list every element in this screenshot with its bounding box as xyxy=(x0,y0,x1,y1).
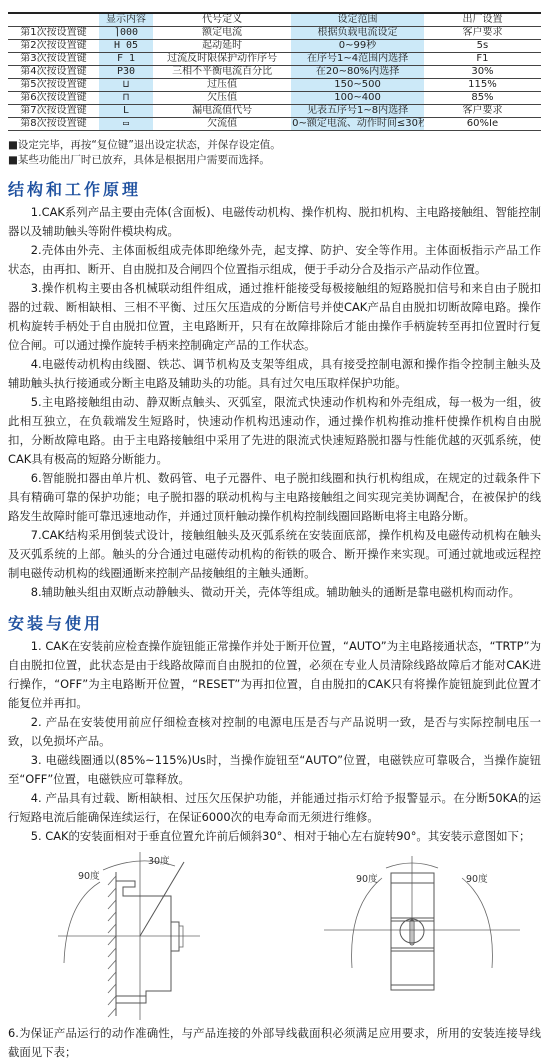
paragraph: 3.操作机构主要由各机械联动组件组成，通过推杆能接受每极接触组的短路脱扣信号和来… xyxy=(8,279,541,355)
paragraph: 5. CAK的安装面相对于垂直位置允许前后倾斜30°、相对于轴心左右旋转90°。… xyxy=(8,827,541,846)
column-header-key xyxy=(8,13,99,27)
cell-display: H 05 xyxy=(99,40,153,53)
angle-label-30: 30度 xyxy=(148,855,170,867)
paragraph: 1. CAK在安装前应检查操作旋钮能正常操作并处于断开位置，“AUTO”为主电路… xyxy=(8,637,541,713)
cell-definition: 漏电流值代号 xyxy=(153,105,291,118)
cell-range: 100~400 xyxy=(291,92,424,105)
cell-key: 第6次按设置键 xyxy=(8,92,99,105)
cell-definition: 三相不平衡电流百分比 xyxy=(153,66,291,79)
cell-factory: 30% xyxy=(424,66,541,79)
column-header-range: 设定范围 xyxy=(291,13,424,27)
cell-range: 0~99秒 xyxy=(291,40,424,53)
cell-definition: 欠压值 xyxy=(153,92,291,105)
cell-display: P30 xyxy=(99,66,153,79)
cell-display: L xyxy=(99,105,153,118)
cell-factory: 客户要求 xyxy=(424,27,541,40)
cell-range: 根据负载电流设定 xyxy=(291,27,424,40)
paragraph: 3. 电磁线圈通以(85%~115%)Us时，当操作旋钮至“AUTO”位置，电磁… xyxy=(8,751,541,789)
cell-key: 第8次按设置键 xyxy=(8,118,99,131)
cell-display: ▭ xyxy=(99,118,153,131)
cell-definition: 过压值 xyxy=(153,79,291,92)
angle-label-90-right: 90度 xyxy=(466,873,488,885)
cell-definition: 过流反时限保护动作序号 xyxy=(153,53,291,66)
cell-display: ⊓ xyxy=(99,92,153,105)
handle-shaft xyxy=(171,922,179,951)
cell-definition: 额定电流 xyxy=(153,27,291,40)
cell-range: 见表五序号1~8内选择 xyxy=(291,105,424,118)
table-row: 第4次按设置键 P30 三相不平衡电流百分比 在20~80%内选择 30% xyxy=(8,66,541,79)
cell-range: 0~额定电流、动作时间≤30秒 xyxy=(291,118,424,131)
cell-factory: 85% xyxy=(424,92,541,105)
cell-range: 150~500 xyxy=(291,79,424,92)
cell-factory: 60%Ie xyxy=(424,118,541,131)
table-row: 第1次按设置键 ⌉000 额定电流 根据负载电流设定 客户要求 xyxy=(8,27,541,40)
cell-display: F 1 xyxy=(99,53,153,66)
cell-factory: F1 xyxy=(424,53,541,66)
cell-key: 第4次按设置键 xyxy=(8,66,99,79)
column-header-factory: 出厂设置 xyxy=(424,13,541,27)
note-line: ■某些功能出厂时已放弃，具体是根据用户需要而选择。 xyxy=(8,153,541,168)
cell-range: 在序号1~4范围内选择 xyxy=(291,53,424,66)
breaker-body xyxy=(391,873,434,990)
angle-label-90: 90度 xyxy=(78,870,100,882)
angle-label-90-left: 90度 xyxy=(356,873,378,885)
cell-key: 第2次按设置键 xyxy=(8,40,99,53)
table-row: 第3次按设置键 F 1 过流反时限保护动作序号 在序号1~4范围内选择 F1 xyxy=(8,53,541,66)
closing-paragraph: 6.为保证产品运行的动作准确性，与产品连接的外部导线截面积必须满足应用要求，所用… xyxy=(8,1024,541,1062)
column-header-display: 显示内容 xyxy=(99,13,153,27)
cell-factory: 5s xyxy=(424,40,541,53)
cell-display: ⊔ xyxy=(99,79,153,92)
cell-definition: 起动延时 xyxy=(153,40,291,53)
paragraph: 8.辅助触头组由双断点动静触头、微动开关，壳体等组成。辅助触头的通断是靠电磁机构… xyxy=(8,583,541,602)
column-header-definition: 代号定义 xyxy=(153,13,291,27)
table-row: 第8次按设置键 ▭ 欠流值 0~额定电流、动作时间≤30秒 60%Ie xyxy=(8,118,541,131)
paragraph: 2.壳体由外壳、主体面板组成壳体即绝缘外壳，起支撑、防护、安全等作用。主体面板指… xyxy=(8,241,541,279)
cell-key: 第3次按设置键 xyxy=(8,53,99,66)
paragraph: 5.主电路接触组由动、静双断点触头、灭弧室，限流式快速动作机构和外壳组成，每一极… xyxy=(8,393,541,469)
cell-factory: 115% xyxy=(424,79,541,92)
cell-range: 在20~80%内选择 xyxy=(291,66,424,79)
installation-front-diagram: 90度 90度 xyxy=(324,848,524,1008)
cell-definition: 欠流值 xyxy=(153,118,291,131)
settings-table: 显示内容 代号定义 设定范围 出厂设置 第1次按设置键 ⌉000 额定电流 根据… xyxy=(8,12,541,131)
table-row: 第7次按设置键 L 漏电流值代号 见表五序号1~8内选择 客户要求 xyxy=(8,105,541,118)
document-page: 显示内容 代号定义 设定范围 出厂设置 第1次按设置键 ⌉000 额定电流 根据… xyxy=(0,0,549,1062)
table-row: 第6次按设置键 ⊓ 欠压值 100~400 85% xyxy=(8,92,541,105)
installation-diagrams: 30度 90度 xyxy=(0,846,549,1022)
table-header-row: 显示内容 代号定义 设定范围 出厂设置 xyxy=(8,13,541,27)
paragraph: 7.CAK结构采用倒装式设计，接触组触头及灭弧系统在安装面底部，操作机构及电磁传… xyxy=(8,526,541,583)
table-notes: ■设定完毕，再按“复位键”退出设定状态，并保存设定值。 ■某些功能出厂时已放弃，… xyxy=(8,138,541,168)
cell-factory: 客户要求 xyxy=(424,105,541,118)
section-title-structure: 结构和工作原理 xyxy=(8,177,541,200)
cell-display: ⌉000 xyxy=(99,27,153,40)
table-row: 第2次按设置键 H 05 起动延时 0~99秒 5s xyxy=(8,40,541,53)
section-title-installation: 安装与使用 xyxy=(8,611,541,634)
paragraph: 1.CAK系列产品主要由壳体(含面板)、电磁传动机构、操作机构、脱扣机构、主电路… xyxy=(8,203,541,241)
paragraph: 6.智能脱扣器由单片机、数码管、电子元器件、电子脱扣线圈和执行机构组成，在规定的… xyxy=(8,469,541,526)
installation-side-diagram: 30度 90度 xyxy=(48,848,298,1020)
paragraph: 2. 产品在安装使用前应仔细检查核对控制的电源电压是否与产品说明一致，是否与实际… xyxy=(8,713,541,751)
cell-key: 第5次按设置键 xyxy=(8,79,99,92)
paragraph: 4. 产品具有过载、断相缺相、过压欠压保护功能，并能通过指示灯给予报警显示。在分… xyxy=(8,789,541,827)
cell-key: 第7次按设置键 xyxy=(8,105,99,118)
paragraph: 4.电磁传动机构由线圈、铁芯、调节机构及支架等组成，具有接受控制电源和操作指令控… xyxy=(8,355,541,393)
note-line: ■设定完毕，再按“复位键”退出设定状态，并保存设定值。 xyxy=(8,138,541,153)
cell-key: 第1次按设置键 xyxy=(8,27,99,40)
table-row: 第5次按设置键 ⊔ 过压值 150~500 115% xyxy=(8,79,541,92)
wall-hatching xyxy=(108,876,116,1017)
